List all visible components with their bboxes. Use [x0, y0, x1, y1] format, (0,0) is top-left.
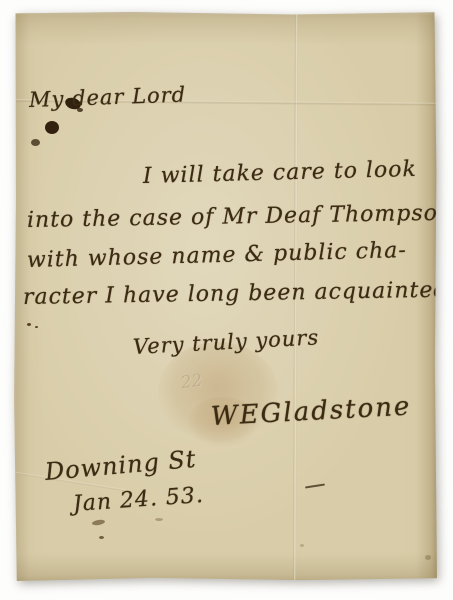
- letter-paper: 22 My dear Lord I will take care to look…: [13, 12, 437, 581]
- date-line: Jan 24. 53.: [72, 483, 205, 517]
- body-line-1: I will take care to look: [143, 157, 417, 189]
- signature: WEGladstone: [210, 392, 412, 432]
- fox-spot: [300, 544, 304, 547]
- ink-speck: [35, 326, 38, 328]
- ink-speck: [99, 536, 104, 539]
- pencil-dash-mark: [305, 483, 325, 488]
- salutation-line: My dear Lord: [29, 83, 187, 112]
- place-line: Downing St: [44, 445, 198, 486]
- pencil-annotation: 22: [180, 371, 204, 394]
- ink-blot: [45, 121, 59, 134]
- body-line-2: into the case of Mr Deaf Thompson: [27, 201, 453, 233]
- body-line-4: racter I have long been acquainted: [23, 278, 449, 310]
- ink-blot: [31, 139, 40, 146]
- body-line-3: with whose name & public cha-: [27, 238, 407, 273]
- paper-shadow-wrap: 22 My dear Lord I will take care to look…: [0, 0, 453, 600]
- fox-spot: [425, 555, 431, 560]
- ink-smudge: [92, 519, 106, 526]
- ink-smudge: [155, 518, 163, 521]
- ink-speck: [27, 323, 31, 326]
- scanned-letter-photo: 22 My dear Lord I will take care to look…: [0, 0, 453, 600]
- closing-line: Very truly yours: [132, 325, 319, 359]
